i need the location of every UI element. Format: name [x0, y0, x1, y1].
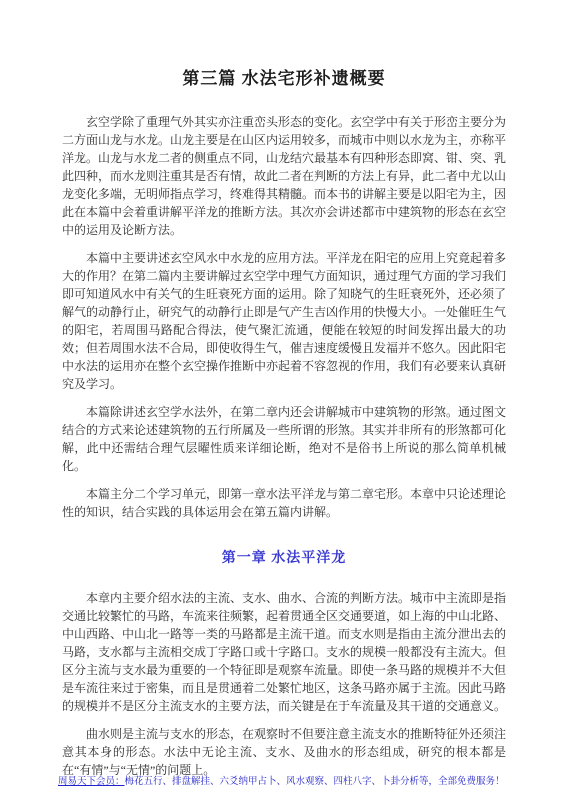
document-content: 第三篇 水法宅形补遗概要 玄空学除了重理气外其实亦注重峦头形态的变化。玄空学中有… [0, 0, 566, 779]
document-page: 第三篇 水法宅形补遗概要 玄空学除了重理气外其实亦注重峦头形态的变化。玄空学中有… [0, 0, 566, 800]
chapter-heading: 第一章 水法平洋龙 [62, 547, 506, 567]
footer-services-text: 梅花五行、排盘解挂、六爻纳甲占卜、风水观察、四柱八字、卜卦分析等，全部免费服务！ [125, 777, 505, 787]
page-title: 第三篇 水法宅形补遗概要 [62, 64, 506, 89]
chapter-paragraph-1: 本章内主要介绍水法的主流、支水、曲水、合流的判断方法。城市中主流即是指交通比较繁… [62, 589, 506, 715]
intro-paragraph-4: 本篇主分二个学习单元，即第一章水法平洋龙与第二章宅形。本章中只论述理论性的知识，… [62, 485, 506, 521]
intro-paragraph-3: 本篇除讲述玄空学水法外，在第二章内还会讲解城市中建筑物的形煞。通过图文结合的方式… [62, 403, 506, 475]
intro-paragraph-1: 玄空学除了重理气外其实亦注重峦头形态的变化。玄空学中有关于形峦主要分为二方面山龙… [62, 113, 506, 239]
intro-paragraph-2: 本篇中主要讲述玄空风水中水龙的应用方法。平洋龙在阳宅的应用上究竟起着多大的作用？… [62, 249, 506, 393]
page-footer: 周易天下会员：梅花五行、排盘解挂、六爻纳甲占卜、风水观察、四柱八字、卜卦分析等，… [58, 776, 526, 788]
footer-member-link[interactable]: 周易天下会员： [58, 777, 125, 787]
chapter-paragraph-2: 曲水则是主流与支水的形态，在观察时不但要注意主流支水的推断特征外还须注意其本身的… [62, 725, 506, 779]
